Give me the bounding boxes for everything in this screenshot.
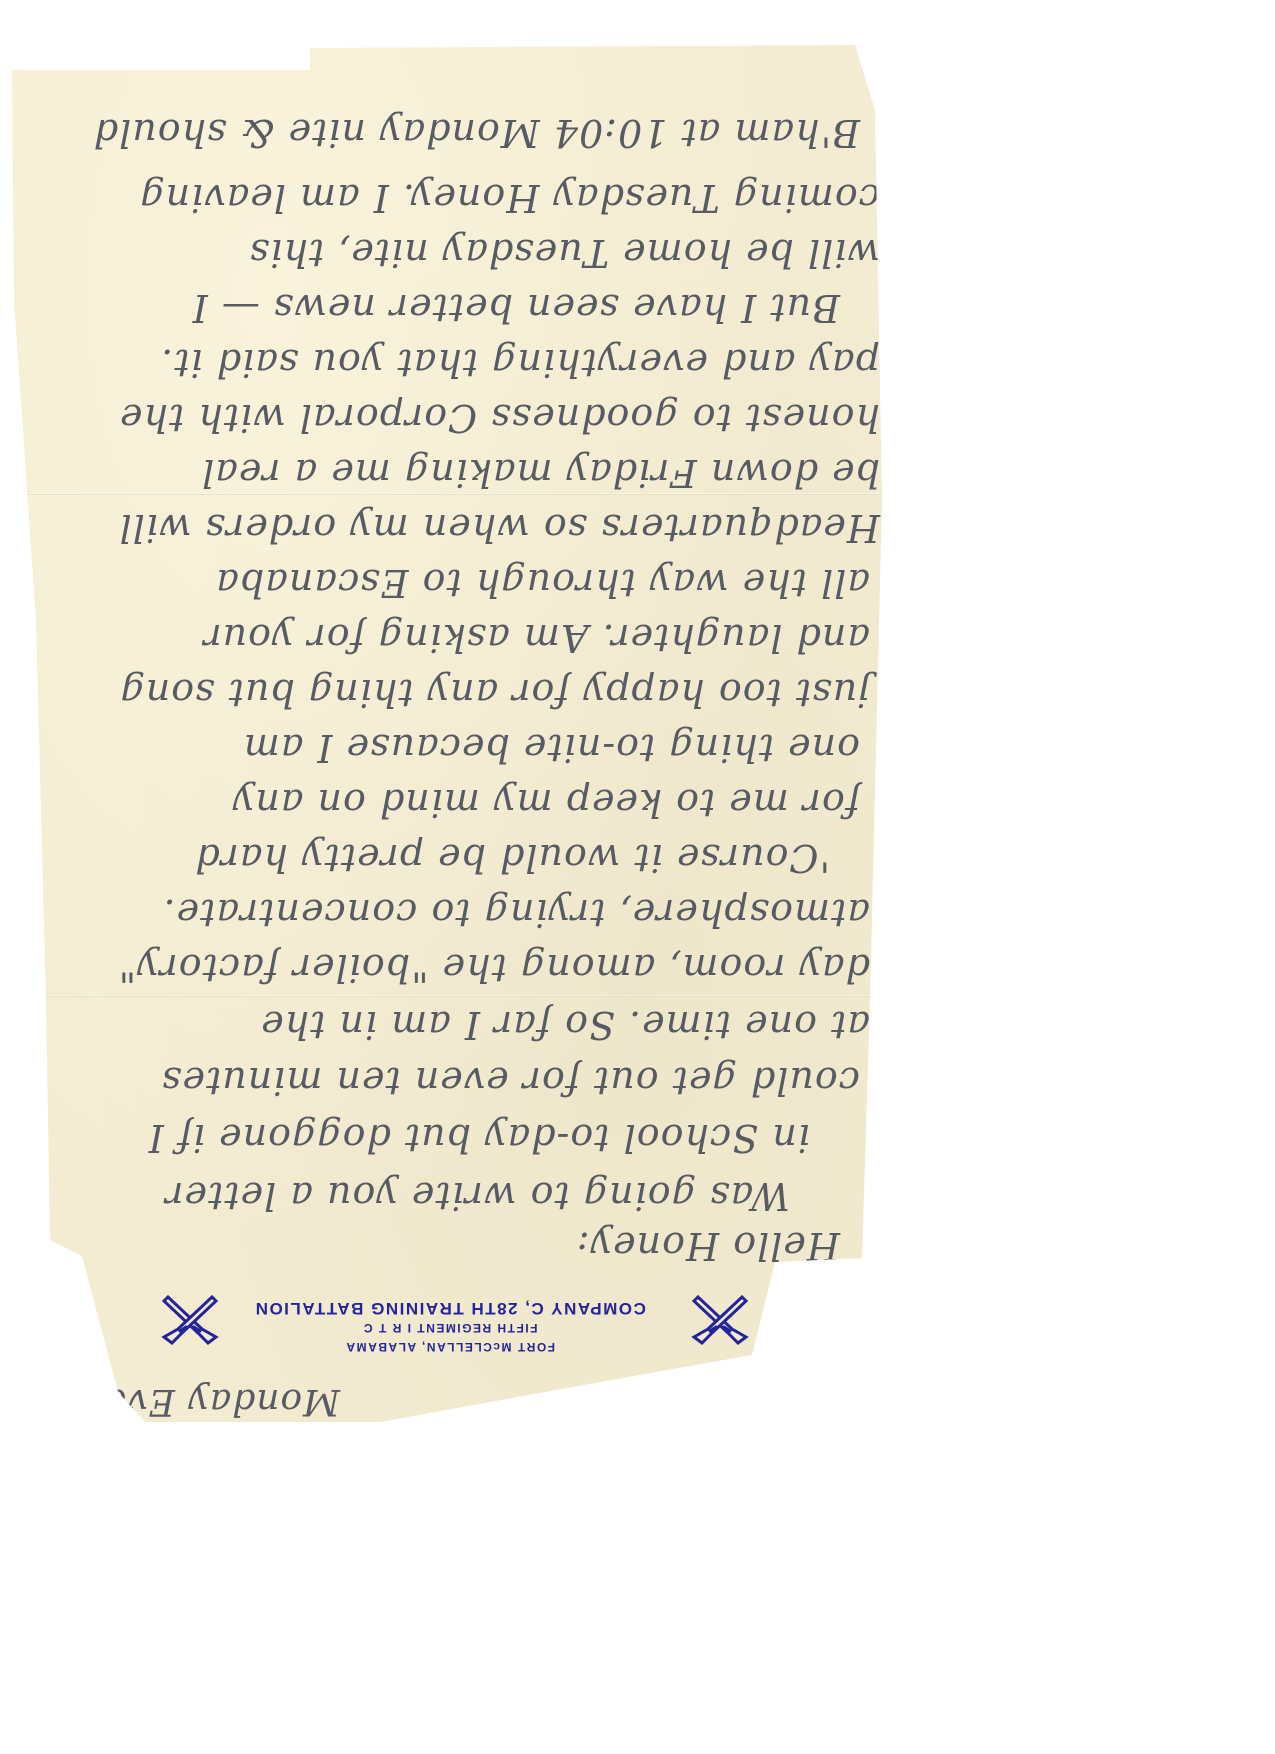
letter-line: in School to-day but doggone if I	[148, 1116, 810, 1160]
letter-line: at one time. So far I am in the	[260, 1003, 870, 1047]
letter-line: one thing to-nite because I am	[243, 726, 860, 770]
crossed-rifles-icon	[690, 1295, 750, 1345]
letter-line: coming Tuesday Honey. I am leaving	[139, 176, 880, 220]
letter-line: could get out for even ten minutes	[161, 1059, 860, 1103]
letter-line: and laughter. Am asking for your	[203, 616, 870, 660]
letter-line: be down Friday making me a real	[201, 451, 880, 495]
letter-line: will be home Tuesday nite, this	[249, 231, 880, 275]
letter-line: day room, among the "boiler factory"	[118, 946, 870, 990]
letterhead-regiment: FIFTH REGIMENT I R T C	[270, 1321, 630, 1335]
letter-line: Headquarters so when my orders will	[119, 506, 880, 550]
letter-line: B'ham at 10:04 Monday nite & should	[93, 111, 860, 155]
paper-sheet: FORT McCLELLAN, ALABAMA FIFTH REGIMENT I…	[0, 0, 900, 1440]
letter-line: all the way through to Escanaba	[215, 561, 870, 605]
upside-down-content: FORT McCLELLAN, ALABAMA FIFTH REGIMENT I…	[0, 0, 900, 1440]
scanned-letter-page: FORT McCLELLAN, ALABAMA FIFTH REGIMENT I…	[0, 0, 1275, 1754]
letter-line: 'Course it would be pretty hard	[194, 836, 830, 880]
letter-line: just too happy for any thing but song	[119, 671, 870, 715]
letter-line: atmosphere, trying to concentrate.	[163, 891, 870, 935]
letter-line: for me to keep my mind on any	[232, 781, 860, 825]
letter-line: Was going to write you a letter	[164, 1174, 790, 1218]
letterhead-company: COMPANY C, 28TH TRAINING BATTALION	[210, 1298, 690, 1318]
letter-line: But I have seen better news — I	[192, 286, 840, 330]
letter-line: pay and everything that you said it.	[160, 341, 880, 385]
letter-dateline: Monday Eve	[104, 1381, 340, 1422]
letter-greeting: Hello Honey:	[576, 1224, 840, 1268]
letter-line: honest to goodness Corporal with the	[119, 396, 880, 440]
crossed-rifles-icon	[160, 1295, 220, 1345]
letterhead-location: FORT McCLELLAN, ALABAMA	[270, 1340, 630, 1354]
